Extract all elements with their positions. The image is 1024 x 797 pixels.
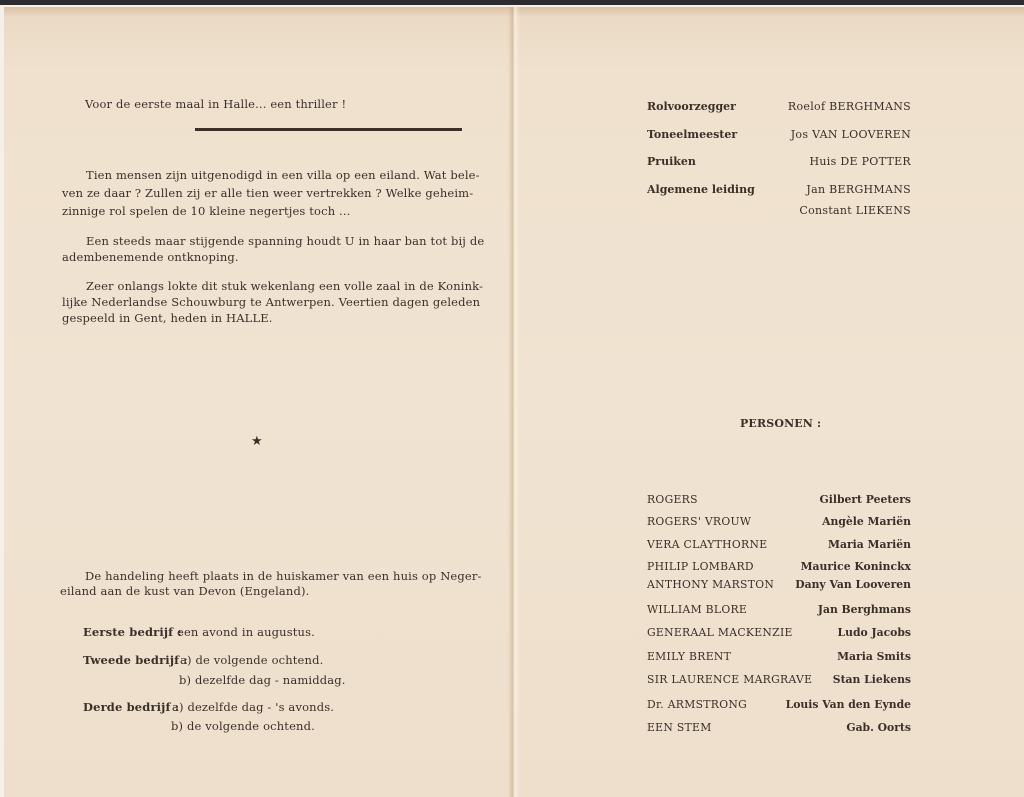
character-name: Dr. ARMSTRONG <box>647 696 747 714</box>
paragraph-line: gespeeld in Gent, heden in HALLE. <box>62 309 273 327</box>
crew-role: Algemene leiding <box>647 181 755 199</box>
crew-row: Toneelmeester Jos VAN LOOVEREN <box>647 126 911 144</box>
crew-row: Rolvoorzegger Roelof BERGHMANS <box>647 98 911 116</box>
cast-row: EMILY BRENT Maria Smits <box>647 648 911 666</box>
character-name: EMILY BRENT <box>647 648 731 666</box>
actor-name: Jan Berghmans <box>818 601 911 619</box>
act-description: a) dezelfde dag - 's avonds. <box>172 698 334 716</box>
cast-row: PHILIP LOMBARD Maurice Koninckx <box>647 558 911 576</box>
character-name: SIR LAURENCE MARGRAVE <box>647 671 812 689</box>
crew-name: Huis DE POTTER <box>810 153 912 171</box>
cast-row: EEN STEM Gab. Oorts <box>647 719 911 737</box>
actor-name: Maria Smits <box>837 648 911 666</box>
actor-name: Stan Liekens <box>833 671 911 689</box>
crew-row: Constant LIEKENS <box>647 202 911 220</box>
actor-name: Gab. Oorts <box>846 719 911 737</box>
actor-name: Gilbert Peeters <box>820 491 911 509</box>
act-label: Derde bedrijf : <box>83 698 179 716</box>
cast-row: Dr. ARMSTRONG Louis Van den Eynde <box>647 696 911 714</box>
crew-name: Jan BERGHMANS <box>806 181 911 199</box>
cast-row: WILLIAM BLORE Jan Berghmans <box>647 601 911 619</box>
cast-row: VERA CLAYTHORNE Maria Mariën <box>647 536 911 554</box>
crew-role: Rolvoorzegger <box>647 98 736 116</box>
crew-row: Algemene leiding Jan BERGHMANS <box>647 181 911 199</box>
character-name: WILLIAM BLORE <box>647 601 747 619</box>
actor-name: Angèle Mariën <box>822 513 911 531</box>
crew-name: Constant LIEKENS <box>799 202 911 220</box>
crew-role: Toneelmeester <box>647 126 737 144</box>
act-description: a) de volgende ochtend. <box>180 651 323 669</box>
actor-name: Louis Van den Eynde <box>786 696 911 714</box>
actor-name: Maurice Koninckx <box>801 558 911 576</box>
character-name: EEN STEM <box>647 719 712 737</box>
act-label: Eerste bedrijf : <box>83 623 182 641</box>
act-description: b) de volgende ochtend. <box>171 717 315 735</box>
actor-name: Maria Mariën <box>828 536 911 554</box>
crew-role: Pruiken <box>647 153 696 171</box>
cast-heading: PERSONEN : <box>740 415 821 433</box>
paragraph-line: zinnige rol spelen de 10 kleine negertje… <box>62 202 350 220</box>
act-description: een avond in augustus. <box>177 623 315 641</box>
character-name: ROGERS <box>647 491 698 509</box>
character-name: ANTHONY MARSTON <box>647 576 774 594</box>
paragraph-line: eiland aan de kust van Devon (Engeland). <box>60 582 309 600</box>
right-page: Rolvoorzegger Roelof BERGHMANS Toneelmee… <box>512 7 1024 797</box>
cast-row: ROGERS Gilbert Peeters <box>647 491 911 509</box>
actor-name: Ludo Jacobs <box>838 624 911 642</box>
character-name: GENERAAL MACKENZIE <box>647 624 793 642</box>
paragraph-line: ven ze daar ? Zullen zij er alle tien we… <box>62 184 473 202</box>
headline-rule <box>195 128 462 131</box>
character-name: PHILIP LOMBARD <box>647 558 754 576</box>
character-name: ROGERS' VROUW <box>647 513 751 531</box>
star-ornament-icon: ★ <box>251 435 263 449</box>
cast-row: ROGERS' VROUW Angèle Mariën <box>647 513 911 531</box>
crew-name: Roelof BERGHMANS <box>788 98 911 116</box>
character-name: VERA CLAYTHORNE <box>647 536 767 554</box>
paragraph-line: Tien mensen zijn uitgenodigd in een vill… <box>86 166 480 184</box>
act-label: Tweede bedrijf : <box>83 651 188 669</box>
crew-name: Jos VAN LOOVEREN <box>791 126 911 144</box>
cast-row: GENERAAL MACKENZIE Ludo Jacobs <box>647 624 911 642</box>
left-page: Voor de eerste maal in Halle... een thri… <box>0 7 512 797</box>
headline: Voor de eerste maal in Halle... een thri… <box>85 95 346 113</box>
crew-row: Pruiken Huis DE POTTER <box>647 153 911 171</box>
paragraph-line: adembenemende ontknoping. <box>62 248 239 266</box>
cast-row: ANTHONY MARSTON Dany Van Looveren <box>647 576 911 594</box>
cast-row: SIR LAURENCE MARGRAVE Stan Liekens <box>647 671 911 689</box>
actor-name: Dany Van Looveren <box>795 576 911 594</box>
act-description: b) dezelfde dag - namiddag. <box>179 671 346 689</box>
